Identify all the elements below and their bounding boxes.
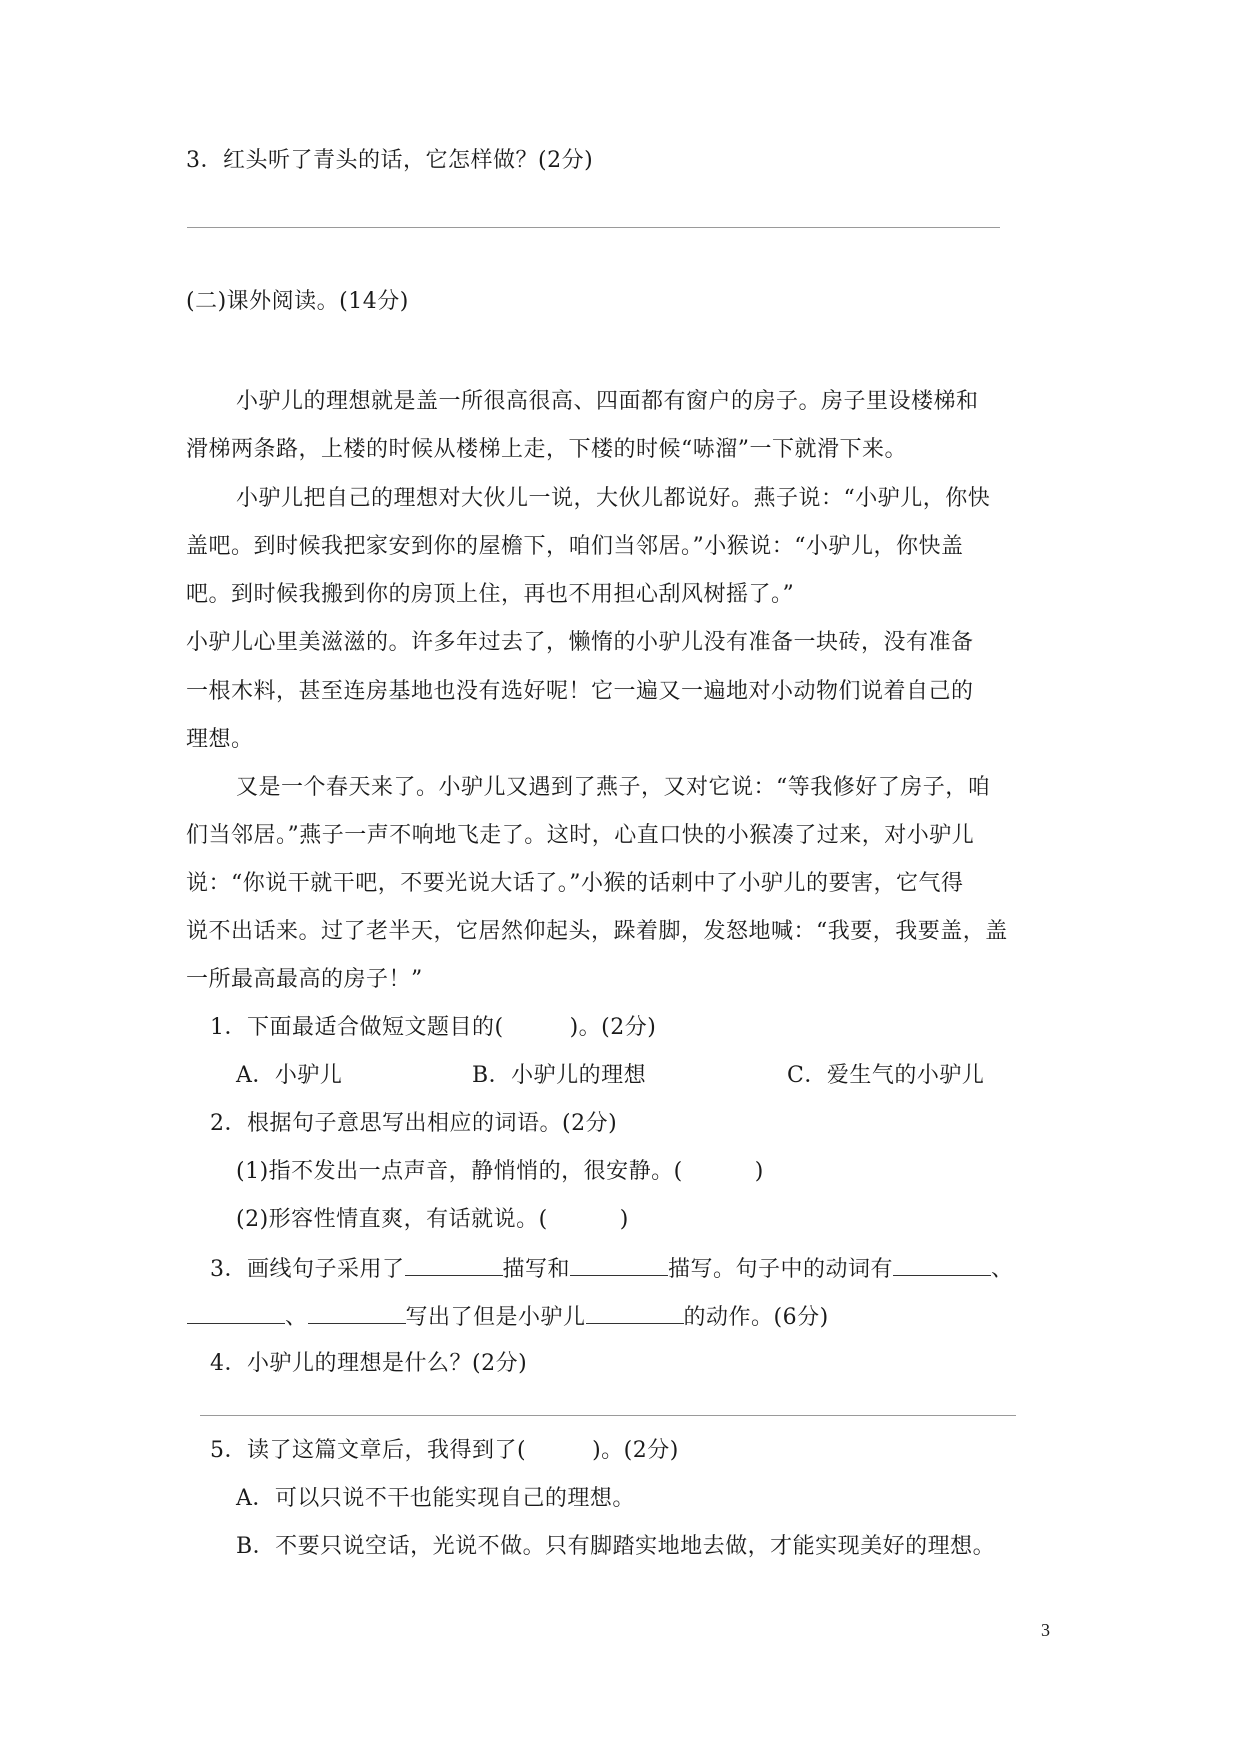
passage-line: 一所最高最高的房子！”: [186, 965, 423, 995]
question-prev-3: 3．红头听了青头的话，它怎样做？(2分): [186, 146, 593, 176]
answer-line-prev-3[interactable]: [187, 227, 1000, 228]
q1-option-b[interactable]: B．小驴儿的理想: [472, 1061, 646, 1091]
passage-line: 盖吧。到时候我把家安到你的屋檐下，咱们当邻居。”小猴说：“小驴儿，你快盖: [186, 532, 964, 562]
question-5-stem: 5．读了这篇文章后，我得到了(: [210, 1438, 526, 1463]
question-1-points: )。(2分): [570, 1015, 657, 1040]
question-3-line-2: 、写出了但是小驴儿的动作。(6分): [187, 1301, 829, 1333]
passage-line: 小驴儿的理想就是盖一所很高很高、四面都有窗户的房子。房子里设楼梯和: [236, 387, 979, 417]
q5-option-a[interactable]: A．可以只说不干也能实现自己的理想。: [236, 1484, 635, 1514]
question-3-line-1: 3．画线句子采用了描写和描写。句子中的动词有、: [210, 1253, 1014, 1285]
q3-part-7: 的动作。(6分): [684, 1305, 829, 1330]
answer-blank-q3-3[interactable]: [893, 1253, 991, 1276]
question-5: 5．读了这篇文章后，我得到了()。(2分): [210, 1436, 679, 1466]
passage-line: 说不出话来。过了老半天，它居然仰起头，跺着脚，发怒地喊：“我要，我要盖，盖: [186, 917, 1008, 947]
answer-line-q4[interactable]: [200, 1415, 1016, 1416]
passage-line: 一根木料，甚至连房基地也没有选好呢！它一遍又一遍地对小动物们说着自己的: [186, 677, 974, 707]
q3-part-5: 、: [285, 1305, 308, 1330]
q3-part-1: 3．画线句子采用了: [210, 1257, 405, 1282]
passage-line: 小驴儿把自己的理想对大伙儿一说，大伙儿都说好。燕子说：“小驴儿，你快: [236, 484, 990, 514]
passage-line: 理想。: [186, 725, 254, 755]
q3-part-4: 、: [991, 1257, 1014, 1282]
q3-part-3: 描写。句子中的动词有: [668, 1257, 893, 1282]
question-1: 1．下面最适合做短文题目的()。(2分): [210, 1013, 656, 1043]
q2-item-2-text: (2)形容性情直爽，有话就说。(: [236, 1207, 548, 1232]
q2-item-2-close: ): [620, 1207, 629, 1232]
answer-blank-q3-2[interactable]: [570, 1253, 668, 1276]
passage-line: 们当邻居。”燕子一声不响地飞走了。这时，心直口快的小猴凑了过来，对小驴儿: [186, 821, 974, 851]
question-1-stem: 1．下面最适合做短文题目的(: [210, 1015, 504, 1040]
q1-option-a[interactable]: A．小驴儿: [236, 1061, 342, 1091]
q3-part-6: 写出了但是小驴儿: [406, 1305, 586, 1330]
answer-blank-q3-5[interactable]: [308, 1301, 406, 1324]
q1-option-c[interactable]: C．爱生气的小驴儿: [787, 1061, 984, 1091]
question-4: 4．小驴儿的理想是什么？(2分): [210, 1349, 527, 1379]
answer-blank-q3-6[interactable]: [586, 1301, 684, 1324]
passage-line: 滑梯两条路，上楼的时候从楼梯上走，下楼的时候“哧溜”一下就滑下来。: [186, 435, 907, 465]
passage-line: 吧。到时候我搬到你的房顶上住，再也不用担心刮风树摇了。”: [186, 580, 794, 610]
passage-line: 说：“你说干就干吧，不要光说大话了。”小猴的话刺中了小驴儿的要害，它气得: [186, 869, 964, 899]
q2-item-1-text: (1)指不发出一点声音，静悄悄的，很安静。(: [236, 1159, 683, 1184]
question-2-item-2: (2)形容性情直爽，有话就说。(): [236, 1205, 629, 1235]
q3-part-2: 描写和: [503, 1257, 571, 1282]
passage-line: 又是一个春天来了。小驴儿又遇到了燕子，又对它说：“等我修好了房子，咱: [236, 773, 990, 803]
passage-line: 小驴儿心里美滋滋的。许多年过去了，懒惰的小驴儿没有准备一块砖，没有准备: [186, 628, 974, 658]
answer-blank-q3-1[interactable]: [405, 1253, 503, 1276]
q5-option-b[interactable]: B．不要只说空话，光说不做。只有脚踏实地地去做，才能实现美好的理想。: [236, 1532, 995, 1562]
q2-item-1-close: ): [755, 1159, 764, 1184]
question-5-points: )。(2分): [592, 1438, 679, 1463]
question-2-item-1: (1)指不发出一点声音，静悄悄的，很安静。(): [236, 1157, 764, 1187]
question-2: 2．根据句子意思写出相应的词语。(2分): [210, 1109, 617, 1139]
page-number: 3: [1041, 1620, 1050, 1641]
section-heading: (二)课外阅读。(14分): [186, 287, 409, 317]
answer-blank-q3-4[interactable]: [187, 1301, 285, 1324]
